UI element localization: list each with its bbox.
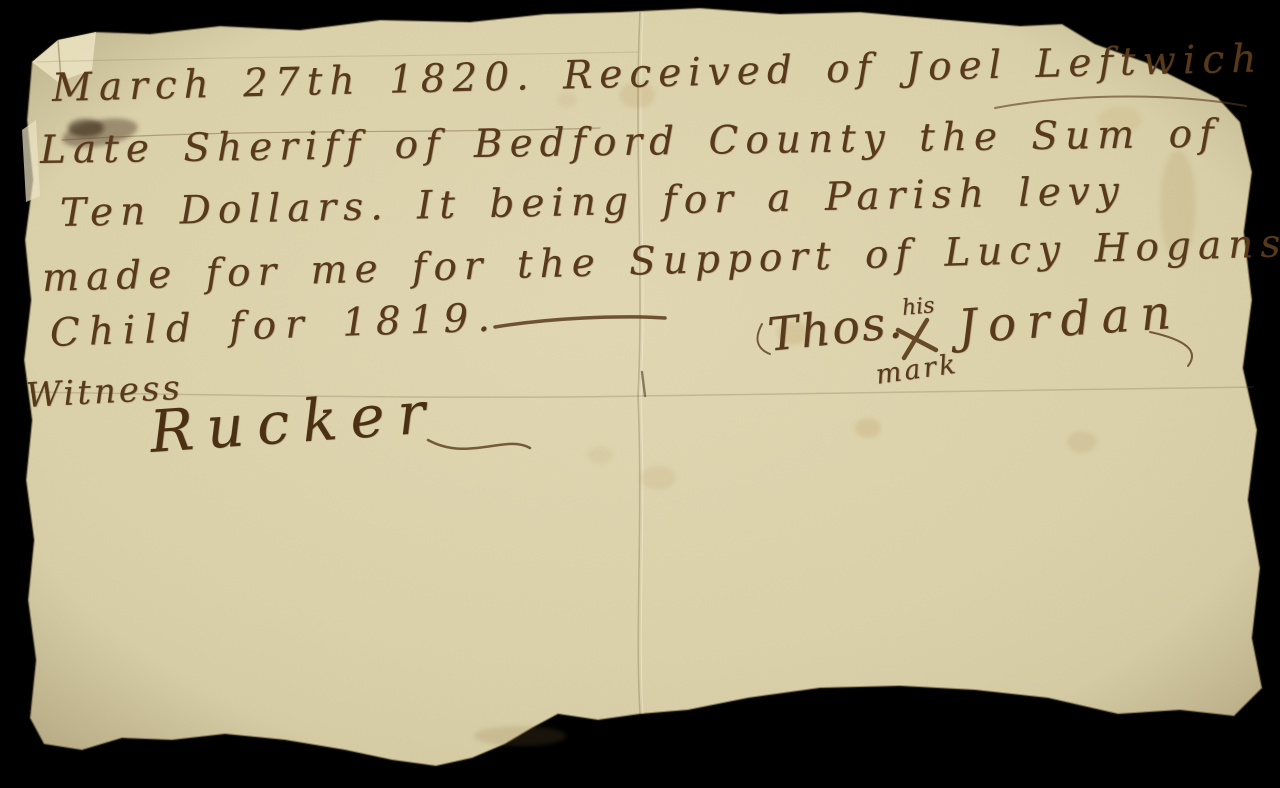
receipt-paper	[0, 0, 1280, 788]
ink-smudge-dark	[68, 119, 104, 137]
scanned-document-background: March 27th 1820. Received of Joel Leftwi…	[0, 0, 1280, 788]
